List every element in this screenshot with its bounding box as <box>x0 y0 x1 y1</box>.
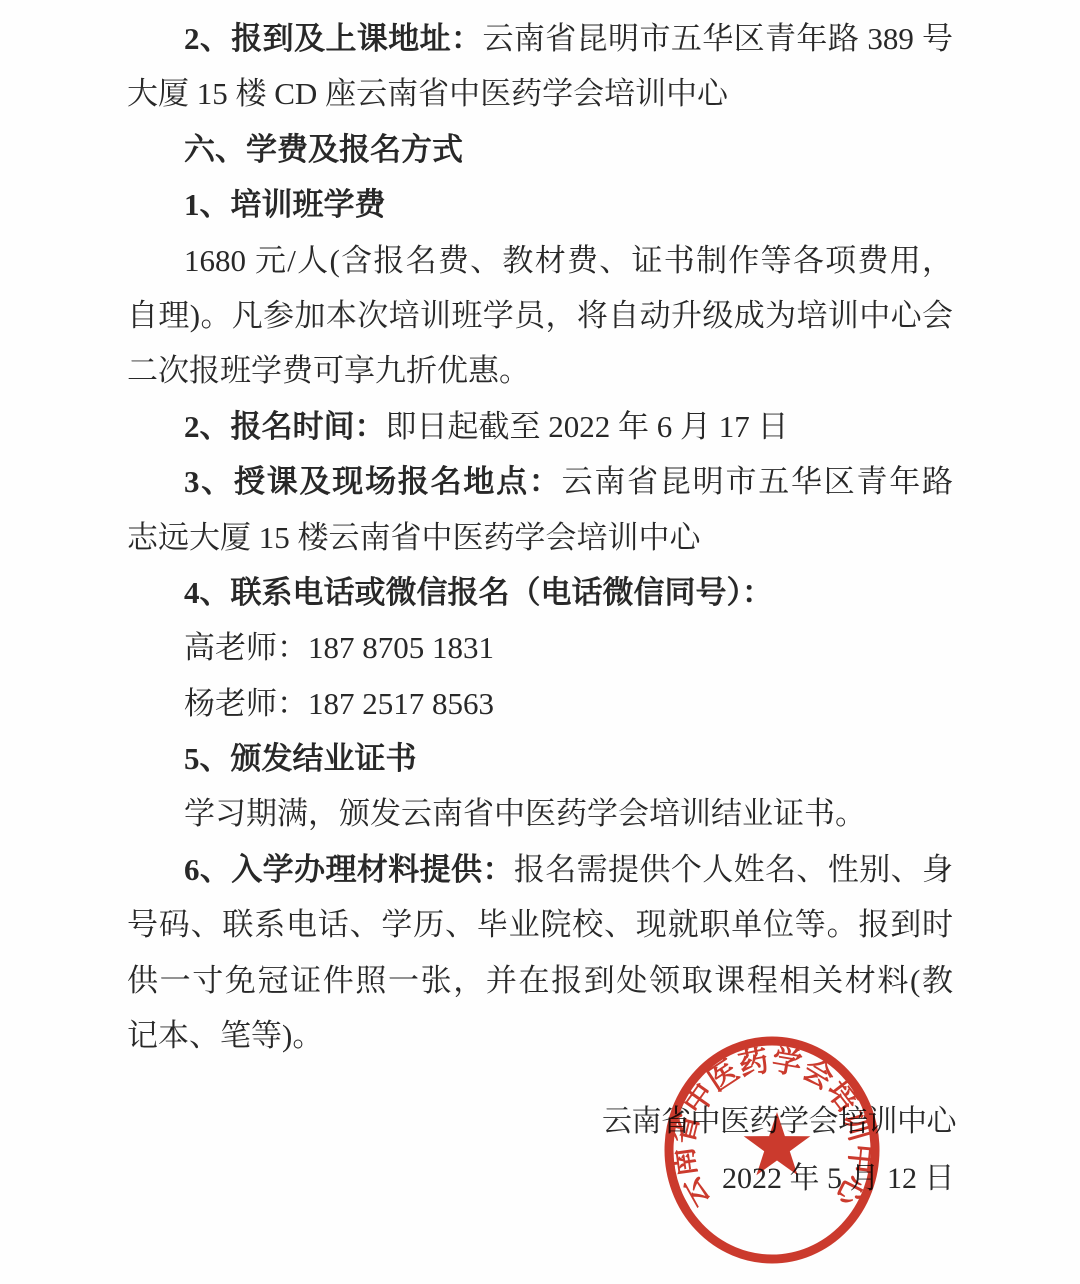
doc-text: 志远大厦 15 楼云南省中医药学会培训中心 <box>127 520 701 555</box>
doc-line: 学习期满，颁发云南省中医药学会培训结业证书。 <box>127 786 953 841</box>
seal-star-icon <box>744 1112 811 1175</box>
doc-text-bold: 六、学费及报名方式 <box>184 132 463 167</box>
document-page: 2、报到及上课地址：云南省昆明市五华区青年路 389 号志远大厦 15 楼 CD… <box>0 0 1080 1284</box>
doc-text: 供一寸免冠证件照一张，并在报到处领取课程相关材料(教材、笔 <box>127 963 953 1008</box>
doc-line: 供一寸免冠证件照一张，并在报到处领取课程相关材料(教材、笔 <box>127 953 953 1008</box>
doc-line: 1、培训班学费 <box>127 177 953 232</box>
doc-text: 号码、联系电话、学历、毕业院校、现就职单位等。报到时需提 <box>127 907 953 952</box>
doc-line: 3、授课及现场报名地点：云南省昆明市五华区青年路 389 号 <box>127 454 953 509</box>
doc-line: 高老师：187 8705 1831 <box>127 620 953 675</box>
doc-text: 1680 元/人(含报名费、教材费、证书制作等各项费用，食宿 <box>127 243 953 288</box>
doc-text-bold: 6、入学办理材料提供： <box>184 852 514 887</box>
doc-text: 即日起截至 2022 年 6 月 17 日 <box>386 409 789 444</box>
doc-line: 6、入学办理材料提供：报名需提供个人姓名、性别、身份证 <box>127 842 953 897</box>
doc-text: 杨老师：187 2517 8563 <box>184 686 494 721</box>
doc-text: 大厦 15 楼 CD 座云南省中医药学会培训中心 <box>127 76 728 111</box>
doc-text: 高老师：187 8705 1831 <box>184 630 494 665</box>
official-seal-stamp: 云南省中医药学会培训中心 <box>660 1032 884 1268</box>
doc-line: 4、联系电话或微信报名（电话微信同号）： <box>127 565 953 620</box>
doc-text-bold: 2、报名时间： <box>184 409 386 444</box>
doc-line: 二次报班学费可享九折优惠。 <box>127 343 953 398</box>
doc-line: 大厦 15 楼 CD 座云南省中医药学会培训中心 <box>127 66 953 121</box>
doc-line: 杨老师：187 2517 8563 <box>127 676 953 731</box>
doc-text: 二次报班学费可享九折优惠。 <box>127 353 530 388</box>
doc-line: 2、报名时间：即日起截至 2022 年 6 月 17 日 <box>127 399 953 454</box>
doc-line: 1680 元/人(含报名费、教材费、证书制作等各项费用，食宿 <box>127 233 953 288</box>
doc-text: 学习期满，颁发云南省中医药学会培训结业证书。 <box>184 796 866 831</box>
doc-text-bold: 2、报到及上课地址： <box>184 21 482 56</box>
doc-line: 2、报到及上课地址：云南省昆明市五华区青年路 389 号志远 <box>127 11 953 66</box>
doc-text-bold: 3、授课及现场报名地点： <box>184 464 562 499</box>
doc-line: 自理)。凡参加本次培训班学员，将自动升级成为培训中心会员， <box>127 288 953 343</box>
document-lines: 2、报到及上课地址：云南省昆明市五华区青年路 389 号志远大厦 15 楼 CD… <box>127 11 953 1063</box>
doc-line: 5、颁发结业证书 <box>127 731 953 786</box>
doc-text-bold: 5、颁发结业证书 <box>184 741 417 776</box>
doc-text-bold: 4、联系电话或微信报名（电话微信同号）： <box>184 575 773 610</box>
doc-text: 记本、笔等)。 <box>127 1018 323 1053</box>
doc-text: 自理)。凡参加本次培训班学员，将自动升级成为培训中心会员， <box>127 298 953 343</box>
doc-line: 志远大厦 15 楼云南省中医药学会培训中心 <box>127 510 953 565</box>
doc-line: 六、学费及报名方式 <box>127 122 953 177</box>
doc-text-bold: 1、培训班学费 <box>184 187 386 222</box>
doc-line: 号码、联系电话、学历、毕业院校、现就职单位等。报到时需提 <box>127 897 953 952</box>
